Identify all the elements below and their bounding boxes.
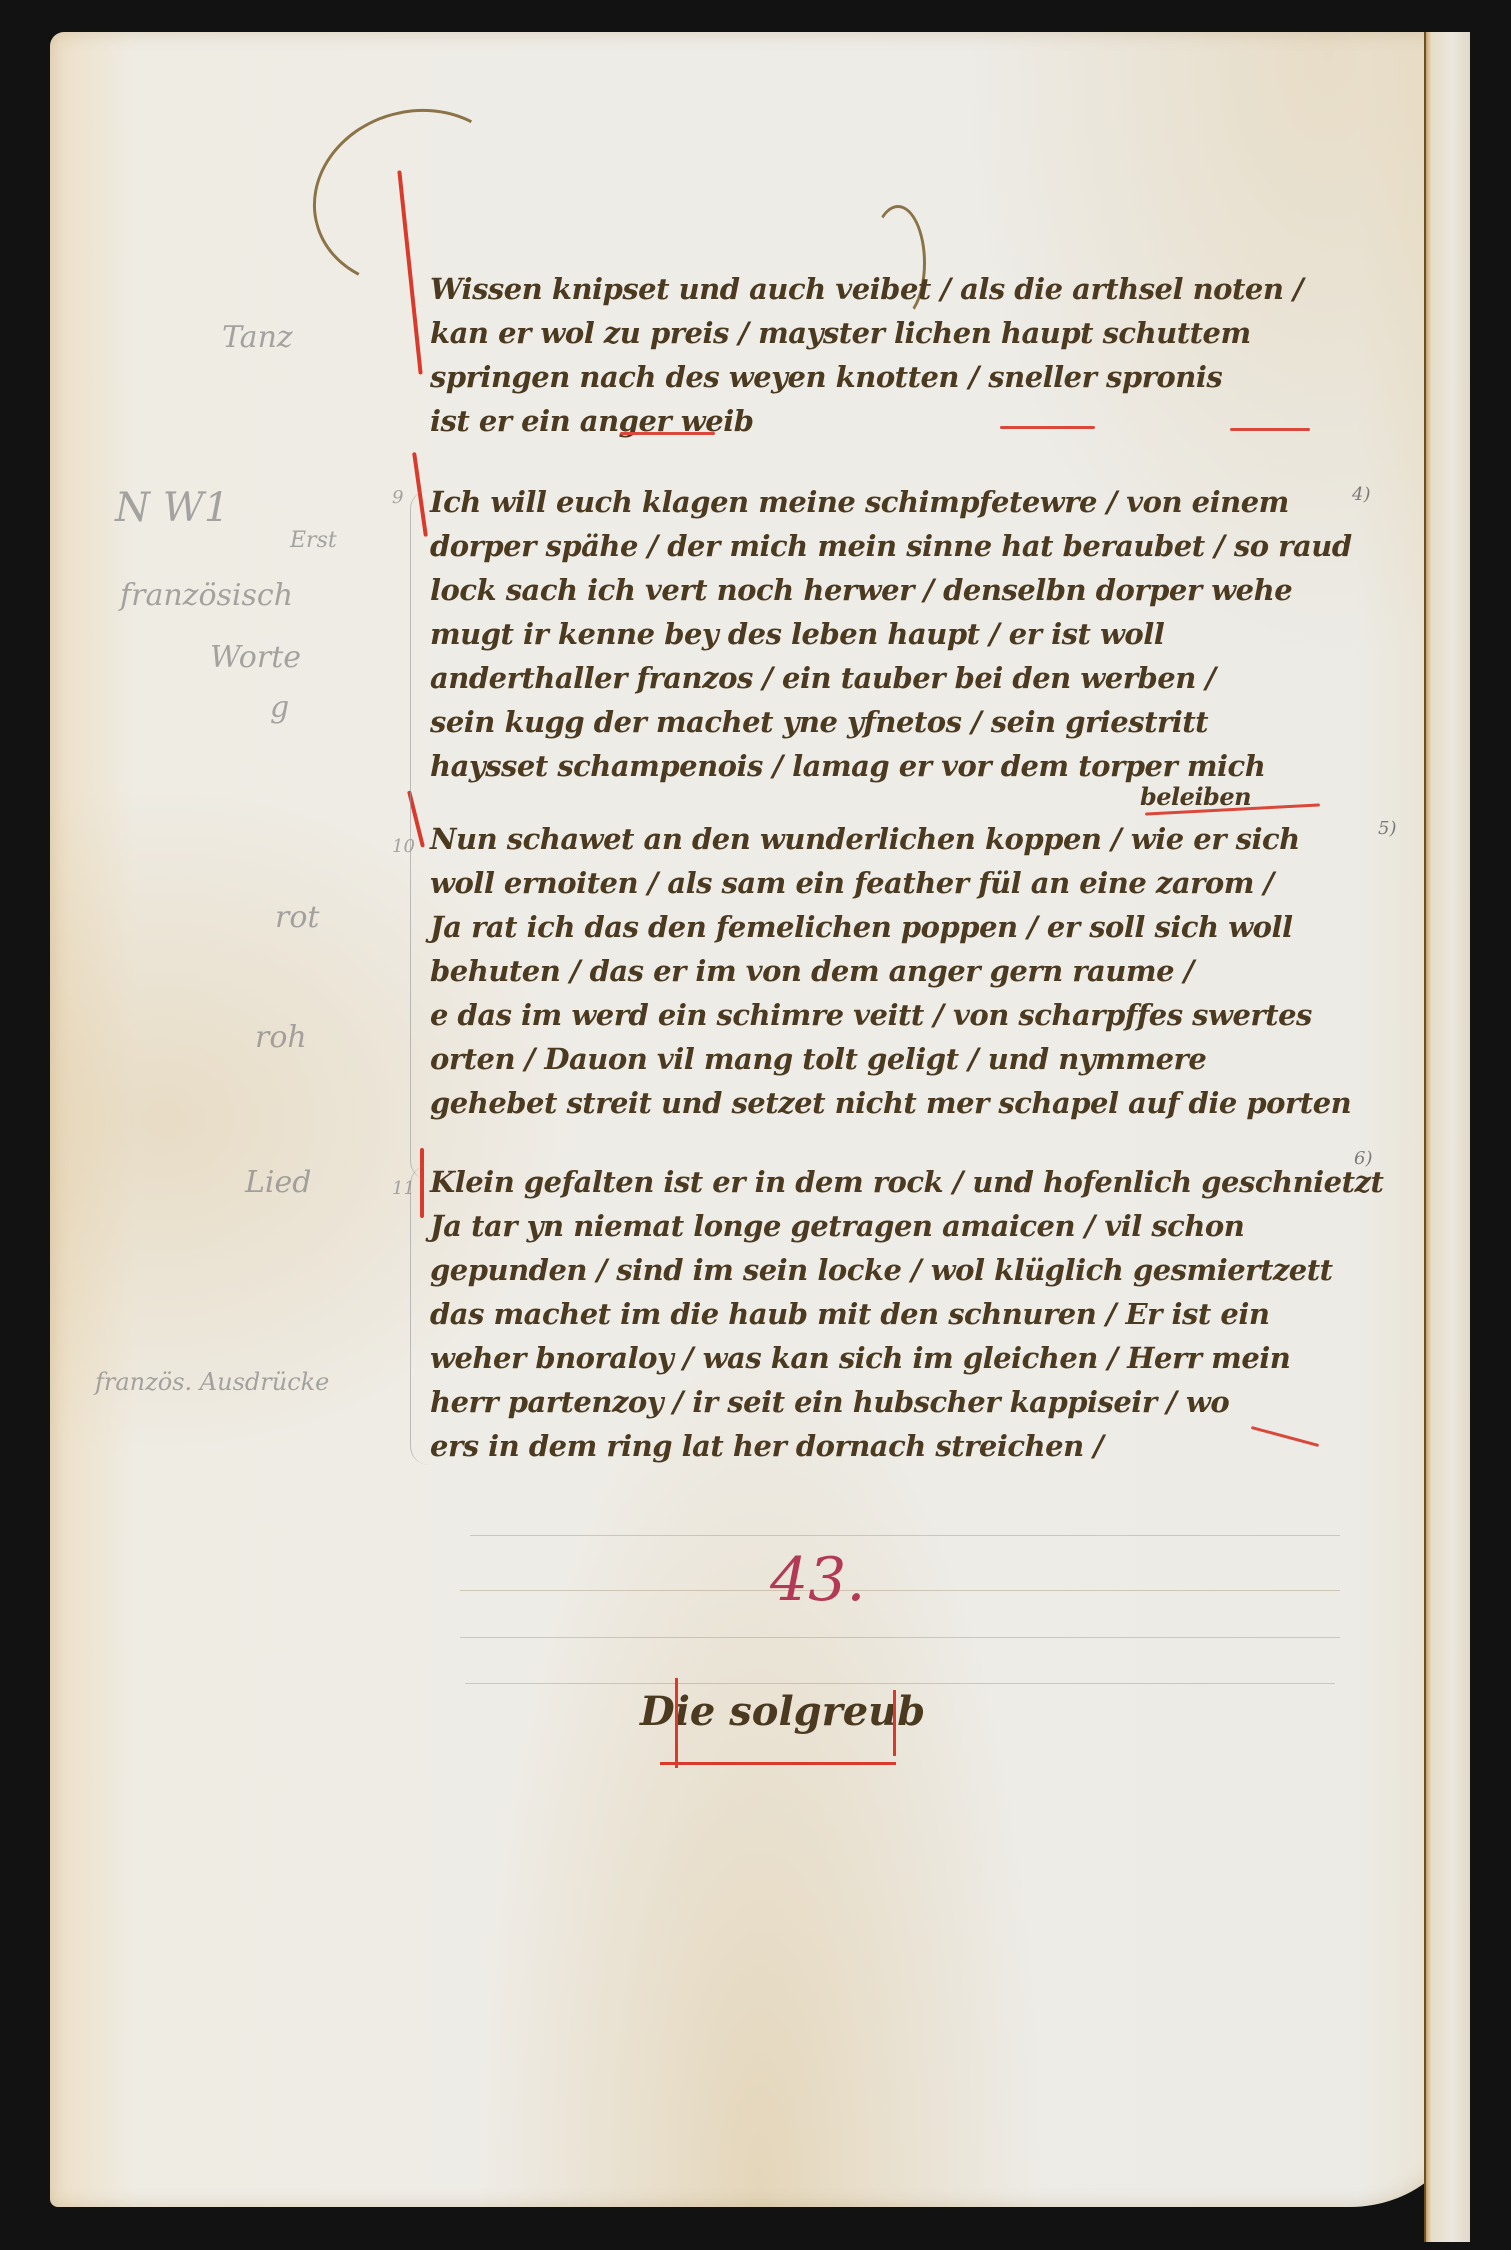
margin-bracket [410,1165,429,1465]
stanza-11-line-2: Ja tar yn niemat longe getragen amaicen … [430,1209,1244,1243]
stanza-number-9: 9 [392,487,403,508]
stanza-10-line-3: Ja rat ich das den femelichen poppen / e… [430,910,1293,944]
next-poem-heading: Die solgreub [640,1688,925,1735]
ruled-line [460,1637,1340,1638]
stanza-10-line-7: gehebet streit und setzet nicht mer scha… [430,1086,1351,1120]
stanza-10-line-2: woll ernoiten / als sam ein feather fül … [430,866,1274,900]
margin-annotation: Worte [210,640,301,675]
stanza-9-line-3: lock sach ich vert noch herwer / denselb… [430,573,1292,607]
stanza-9-line-8: beleiben [1140,782,1251,811]
stanza-11-line-4: das machet im die haub mit den schnuren … [430,1297,1269,1331]
line-filler-swash [1000,426,1095,429]
margin-annotation: französ. Ausdrücke [95,1368,329,1396]
stanza-11-line-3: gepunden / sind im sein locke / wol klüg… [430,1253,1333,1287]
margin-annotation: g [270,690,289,725]
facing-page-edge [1424,32,1470,2242]
heading-rubric-left [675,1678,678,1768]
margin-annotation: roh [255,1020,307,1055]
ruled-line [470,1535,1340,1536]
margin-annotation: N W1 [115,485,229,531]
margin-annotation: französisch [120,578,293,613]
right-margin-note: 6) [1354,1148,1372,1169]
stanza-1-line-1: Wissen knipset und auch veibet / als die… [430,272,1303,306]
stanza-1-line-2: kan er wol zu preis / mayster lichen hau… [430,316,1251,350]
stanza-10-line-1: Nun schawet an den wunderlichen koppen /… [430,822,1300,856]
stanza-9-line-1: Ich will euch klagen meine schimpfetewre… [430,485,1289,519]
right-margin-note: 5) [1378,818,1396,839]
stanza-1-line-3: springen nach des weyen knotten / snelle… [430,360,1222,394]
stanza-9-line-7: haysset schampenois / lamag er vor dem t… [430,749,1265,783]
stanza-10-line-4: behuten / das er im von dem anger gern r… [430,954,1194,988]
stanza-10-line-6: orten / Dauon vil mang tolt geligt / und… [430,1042,1206,1076]
stanza-11-line-1: Klein gefalten ist er in dem rock / und … [430,1165,1383,1199]
line-filler-swash [1230,428,1310,431]
heading-rubric-right [893,1690,896,1756]
stanza-9-line-5: anderthaller franzos / ein tauber bei de… [430,661,1216,695]
ruled-line [460,1590,1340,1591]
stanza-9-line-6: sein kugg der machet yne yfnetos / sein … [430,705,1208,739]
margin-annotation: Erst [290,528,337,553]
heading-rubric-underline [660,1762,896,1765]
margin-annotation: Tanz [222,320,293,355]
stanza-number-11: 11 [392,1178,415,1199]
stanza-11-line-7: ers in dem ring lat her dornach streiche… [430,1429,1103,1463]
stanza-9-line-2: dorper spähe / der mich mein sinne hat b… [430,529,1352,563]
line-filler-swash [620,432,715,435]
stanza-9-line-4: mugt ir kenne bey des leben haupt / er i… [430,617,1164,651]
margin-annotation: Lied [245,1165,311,1200]
right-margin-note: 4) [1352,484,1370,505]
margin-annotation: rot [275,900,319,935]
stanza-11-line-5: weher bnoraloy / was kan sich im gleiche… [430,1341,1290,1375]
poem-number: 43. [770,1545,865,1615]
stanza-11-line-6: herr partenzoy / ir seit ein hubscher ka… [430,1385,1229,1419]
stanza-number-10: 10 [392,836,415,857]
stanza-10-line-5: e das im werd ein schimre veitt / von sc… [430,998,1312,1032]
margin-bracket [410,490,429,1180]
ruled-line [465,1683,1335,1684]
